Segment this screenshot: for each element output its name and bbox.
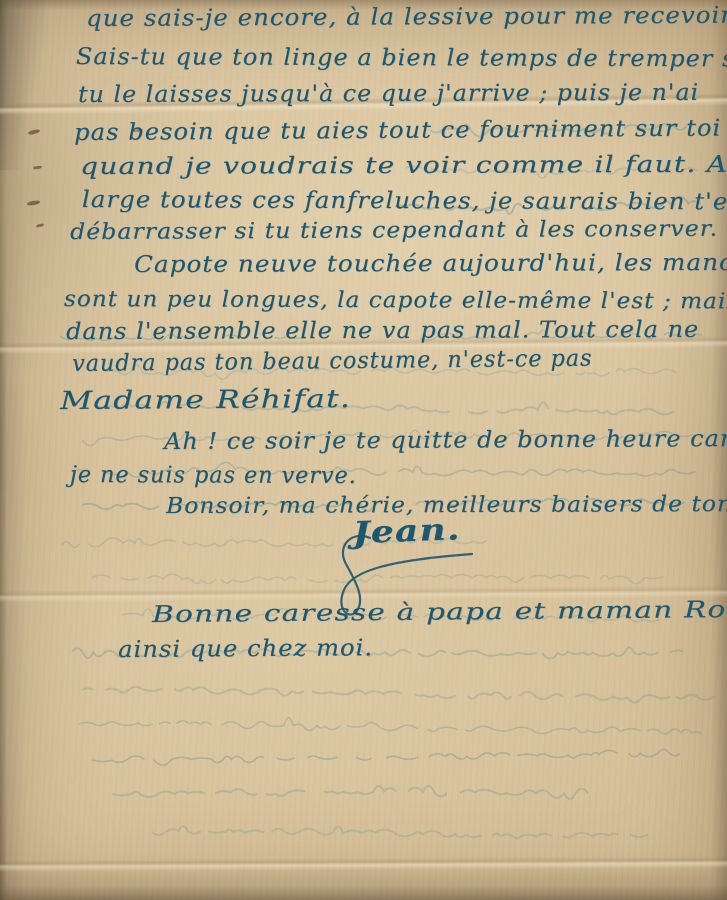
ink-smudge xyxy=(27,200,40,206)
ink-smudge xyxy=(28,129,41,136)
letter-line: pas besoin que tu aies tout ce fournimen… xyxy=(74,115,721,146)
letter-line: Madame Réhifat. xyxy=(60,384,351,415)
letter-page: que sais-je encore, à la lessive pour me… xyxy=(0,0,727,900)
letter-line: Capote neuve touchée aujourd'hui, les ma… xyxy=(134,250,727,278)
letter-line: Sais-tu que ton linge a bien le temps de… xyxy=(76,44,727,72)
letter-line: tu le laisses jusqu'à ce que j'arrive ; … xyxy=(78,80,699,108)
letter-line: Bonne caresse à papa et maman Roux xyxy=(152,597,727,628)
letter-line: dans l'ensemble elle ne va pas mal. Tout… xyxy=(66,317,699,345)
letter-line: sont un peu longues, la capote elle-même… xyxy=(64,287,727,314)
letter-line: débarrasser si tu tiens cependant à les … xyxy=(70,217,718,245)
letter-line: vaudra pas ton beau costume, n'est-ce pa… xyxy=(72,346,593,377)
letter-line: que sais-je encore, à la lessive pour me… xyxy=(86,3,727,32)
letter-line: Ah ! ce soir je te quitte de bonne heure… xyxy=(164,426,727,455)
signature-text: Jean. xyxy=(352,512,461,551)
crease-line xyxy=(0,856,727,872)
ink-smudge xyxy=(33,165,42,169)
corner-shadow xyxy=(0,0,46,170)
ink-smudge xyxy=(36,223,45,228)
letter-line: large toutes ces fanfreluches, je saurai… xyxy=(82,187,727,215)
letter-line: quand je voudrais te voir comme il faut.… xyxy=(80,152,727,180)
letter-line: je ne suis pas en verve. xyxy=(70,462,357,489)
letter-line: ainsi que chez moi. xyxy=(118,635,373,663)
